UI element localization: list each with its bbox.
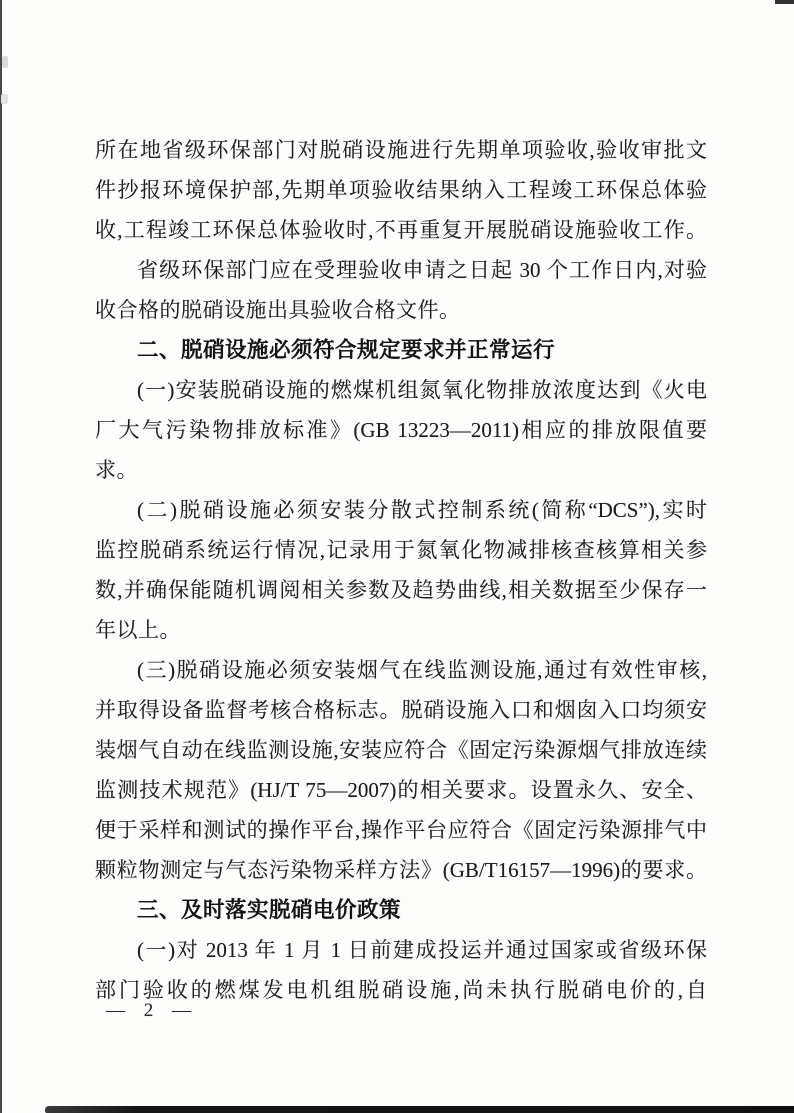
scan-smudge (1, 94, 8, 104)
text-line: 监控脱硝系统运行情况,记录用于氮氧化物减排核查核算相关参 (95, 530, 707, 570)
text-line: (一)安装脱硝设施的燃煤机组氮氧化物排放浓度达到《火电 (95, 370, 707, 410)
document-page: 所在地省级环保部门对脱硝设施进行先期单项验收,验收审批文件抄报环境保护部,先期单… (0, 0, 794, 1113)
scan-edge-left (0, 0, 2, 1113)
section-heading: 二、脱硝设施必须符合规定要求并正常运行 (95, 330, 707, 370)
text-line: 装烟气自动在线监测设施,安装应符合《固定污染源烟气排放连续 (95, 730, 707, 770)
text-line: 件抄报环境保护部,先期单项验收结果纳入工程竣工环保总体验 (95, 170, 707, 210)
section-heading: 三、及时落实脱硝电价政策 (95, 890, 707, 930)
scan-speck-top-right (775, 0, 794, 4)
scan-smudge (2, 56, 8, 68)
page-number: — 2 — (106, 1000, 198, 1022)
text-line: 年以上。 (95, 610, 707, 650)
text-line: 求。 (95, 450, 707, 490)
text-line: 监测技术规范》(HJ/T 75—2007)的相关要求。设置永久、安全、 (95, 770, 707, 810)
text-line: 厂大气污染物排放标准》(GB 13223—2011)相应的排放限值要 (95, 410, 707, 450)
text-line: 收,工程竣工环保总体验收时,不再重复开展脱硝设施验收工作。 (95, 210, 707, 250)
text-line: 数,并确保能随机调阅相关参数及趋势曲线,相关数据至少保存一 (95, 570, 707, 610)
text-line: 省级环保部门应在受理验收申请之日起 30 个工作日内,对验 (95, 250, 707, 290)
text-line: (三)脱硝设施必须安装烟气在线监测设施,通过有效性审核, (95, 650, 707, 690)
text-line: 收合格的脱硝设施出具验收合格文件。 (95, 290, 707, 330)
text-line: 所在地省级环保部门对脱硝设施进行先期单项验收,验收审批文 (95, 130, 707, 170)
text-line: 并取得设备监督考核合格标志。脱硝设施入口和烟囱入口均须安 (95, 690, 707, 730)
text-line: 便于采样和测试的操作平台,操作平台应符合《固定污染源排气中 (95, 810, 707, 850)
text-line: 颗粒物测定与气态污染物采样方法》(GB/T16157—1996)的要求。 (95, 850, 707, 890)
text-line: (一)对 2013 年 1 月 1 日前建成投运并通过国家或省级环保 (95, 930, 707, 970)
text-line: (二)脱硝设施必须安装分散式控制系统(简称“DCS”),实时 (95, 490, 707, 530)
scan-edge-bottom (45, 1106, 794, 1113)
document-body: 所在地省级环保部门对脱硝设施进行先期单项验收,验收审批文件抄报环境保护部,先期单… (95, 130, 707, 1010)
